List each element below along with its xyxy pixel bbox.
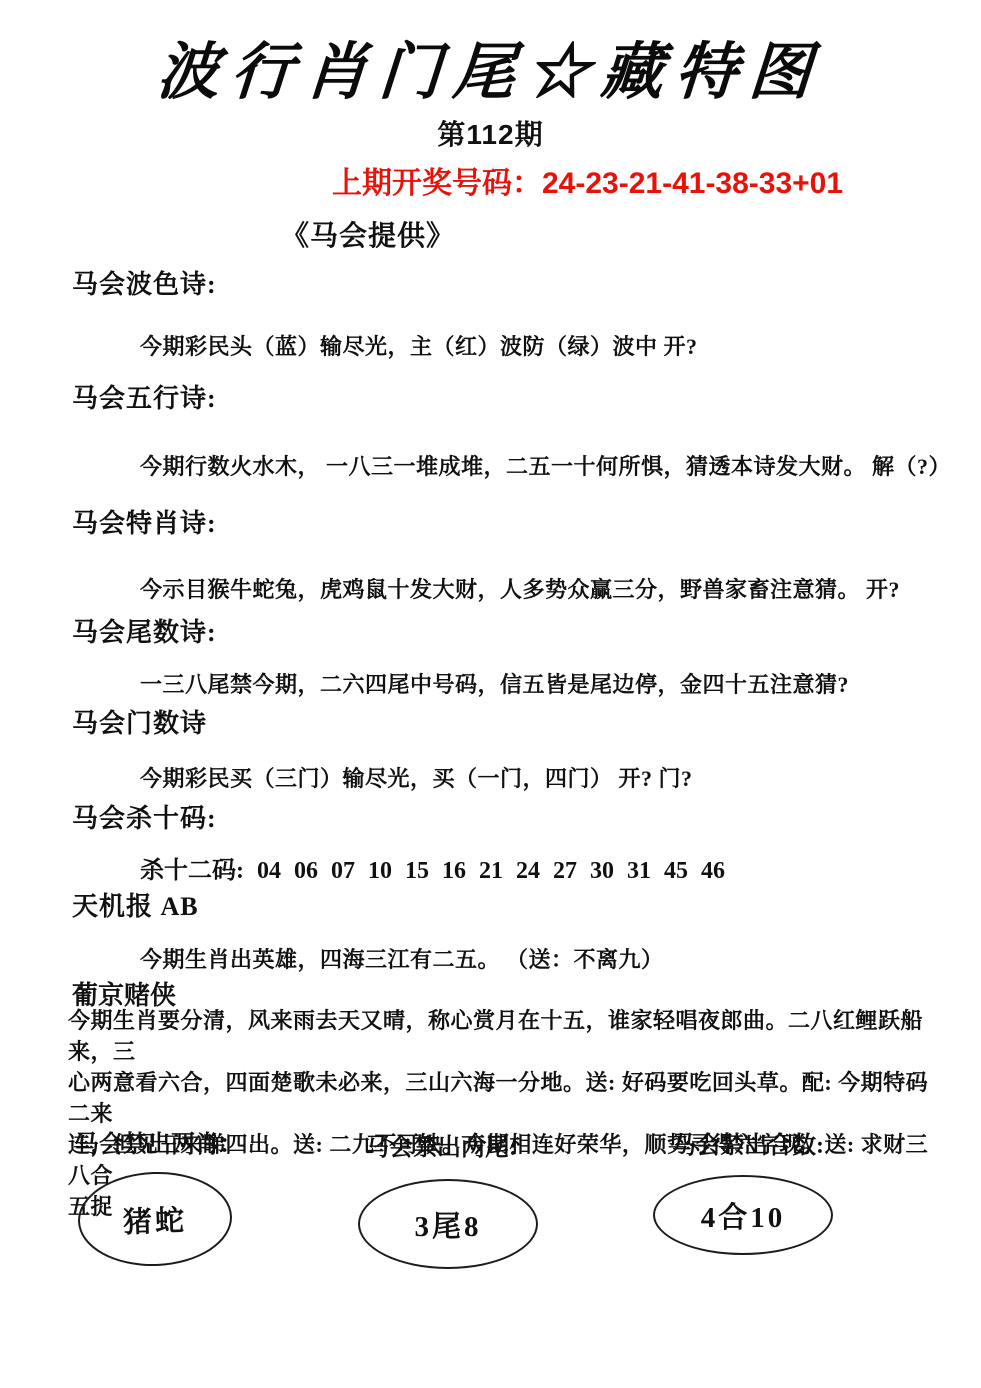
forbid-two-tails-value: 3尾8: [414, 1204, 481, 1245]
section-label-texiao: 马会特肖诗:: [72, 503, 217, 540]
kill-numbers-line: 杀十二码: 04 06 07 10 15 16 21 24 27 30 31 4…: [140, 850, 725, 885]
forbid-sum-label: 马会禁出合数:: [672, 1125, 824, 1160]
poem-tianji: 今期生肖出英雄，四海三江有二五。 （送：不离九）: [140, 943, 664, 974]
section-label-menshu: 马会门数诗: [72, 703, 207, 740]
page-title: 波行肖门尾☆藏特图: [0, 22, 981, 111]
issue-number: 第112期: [0, 113, 981, 153]
poem-menshu: 今期彩民买（三门）输尽光，买（一门，四门） 开? 门?: [140, 762, 693, 793]
forbid-two-zodiac-label: 马会禁出两肖：: [75, 1124, 243, 1159]
forbid-sum-ellipse: 4合10: [653, 1175, 833, 1255]
forbid-sum-value: 4合10: [701, 1195, 786, 1236]
poem-bose: 今期彩民头（蓝）输尽光，主（红）波防（绿）波中 开?: [140, 330, 698, 361]
last-draw-numbers: 上期开奖号码：24-23-21-41-38-33+01: [332, 158, 843, 202]
tip-sheet-page: 波行肖门尾☆藏特图 第112期 上期开奖号码：24-23-21-41-38-33…: [0, 0, 981, 1388]
section-label-weishu: 马会尾数诗:: [72, 612, 217, 649]
forbid-two-tails-label: 马会禁出两尾:: [365, 1127, 517, 1162]
forbid-two-zodiac-value: 猪蛇: [122, 1197, 187, 1240]
section-label-wuxing: 马会五行诗:: [72, 378, 217, 415]
section-label-shama: 马会杀十码:: [72, 798, 217, 835]
forbid-two-tails-ellipse: 3尾8: [358, 1179, 538, 1269]
poem-wuxing: 今期行数火水木， 一八三一堆成堆，二五一十何所惧，猜透本诗发大财。 解（?）: [140, 450, 951, 481]
section-label-bose: 马会波色诗:: [72, 264, 217, 301]
poem-weishu: 一三八尾禁今期，二六四尾中号码，信五皆是尾边停，金四十五注意猜?: [140, 668, 849, 699]
section-label-tianji: 天机报 AB: [72, 886, 199, 923]
provider-heading: 《马会提供》: [281, 214, 455, 254]
poem-texiao: 今示目猴牛蛇兔，虎鸡鼠十发大财，人多势众赢三分，野兽家畜注意猜。 开?: [140, 573, 900, 604]
